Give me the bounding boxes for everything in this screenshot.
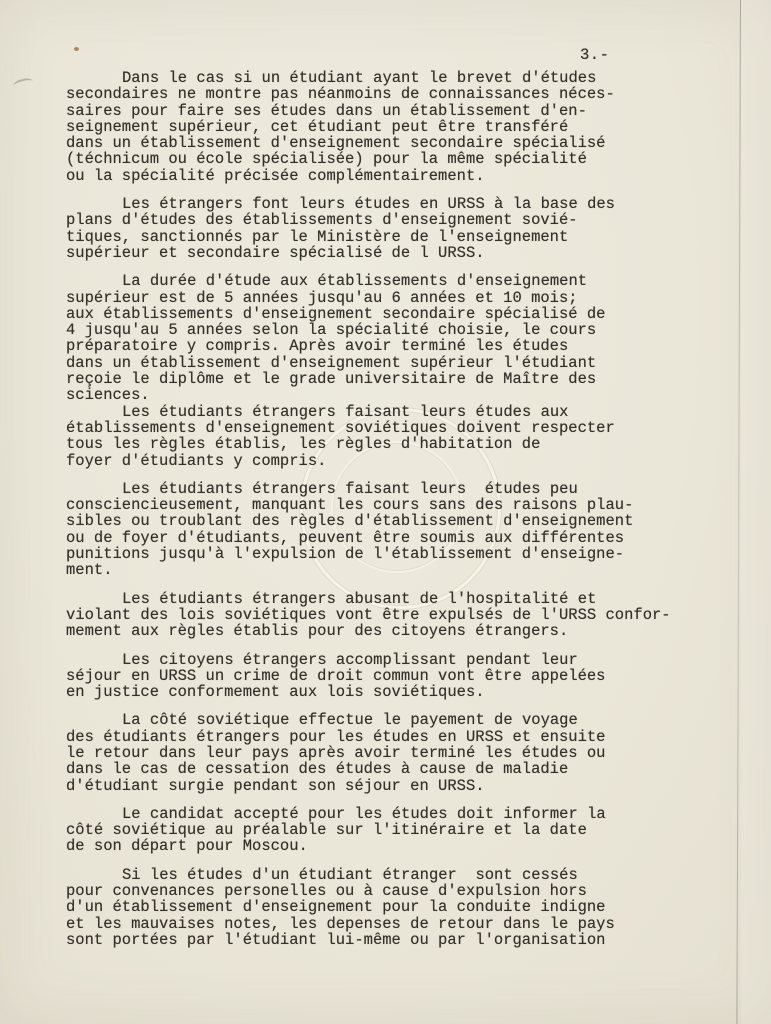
paragraph: Le candidat accepté pour les études doit… [66, 806, 706, 855]
paragraph: Les étudiants étrangers faisant leurs ét… [66, 481, 706, 579]
paragraph: Les citoyens étrangers accomplissant pen… [66, 652, 706, 701]
document-text-block: Dans le cas si un étudiant ayant le brev… [66, 70, 706, 960]
paragraph: Si les études d'un étudiant étranger son… [66, 867, 706, 948]
scanned-document-page: { "page": { "number": "3.-" }, "colors":… [0, 0, 771, 1024]
paragraph: Les étudiants étrangers faisant leurs ét… [66, 404, 706, 469]
paragraph: Dans le cas si un étudiant ayant le brev… [66, 70, 706, 184]
paragraph: Les étudiants étrangers abusant de l'hos… [66, 591, 706, 640]
paper-edge-strip [741, 0, 771, 1024]
paragraph: La durée d'étude aux établissements d'en… [66, 273, 706, 403]
page-number: 3.- [580, 46, 609, 64]
paper-speck [74, 47, 79, 51]
paragraph: Les étrangers font leurs études en URSS … [66, 196, 706, 261]
paragraph: La côté soviétique effectue le payement … [66, 712, 706, 793]
